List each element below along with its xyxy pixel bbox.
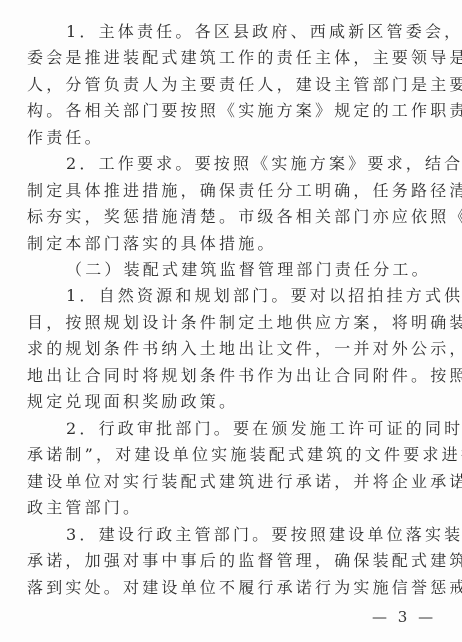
paragraph-1-line-3: 人，分管负责人为主要责任人，建设主管部门是主要协调推进机 [27, 72, 437, 98]
paragraph-3-line-2: 目，按照规划设计条件制定土地供应方案，将明确装配式建筑要 [27, 310, 437, 336]
paragraph-5-line-3: 落到实处。对建设单位不履行承诺行为实施信誉惩戒。 [27, 575, 437, 601]
section-heading: （二）装配式建筑监督管理部门责任分工。 [66, 257, 437, 283]
paragraph-2-line-3: 标夯实，奖惩措施清楚。市级各相关部门亦应依照《实施方案》 [27, 204, 437, 230]
paragraph-5-line-1: 3．建设行政主管部门。要按照建设单位落实装配式建筑的 [66, 522, 437, 548]
paragraph-3-line-1: 1．自然资源和规划部门。要对以招拍挂方式供地的建设项 [66, 283, 437, 309]
paragraph-2-line-2: 制定具体推进措施，确保责任分工明确，任务路径清晰，工作目 [27, 178, 437, 204]
paragraph-1-line-1: 1．主体责任。各区县政府、西咸新区管委会，各开发区管 [66, 19, 437, 45]
paragraph-1-line-2: 委会是推进装配式建筑工作的责任主体，主要领导是第一责任 [27, 45, 437, 71]
paragraph-2-line-4: 制定本部门落实的具体措施。 [27, 231, 437, 257]
paragraph-1-line-4: 构。各相关部门要按照《实施方案》规定的工作职责履行专项工 [27, 98, 437, 124]
paragraph-5-line-2: 承诺，加强对事中事后的监督管理，确保装配式建筑的各项要求 [27, 548, 437, 574]
paragraph-4-line-4: 政主管部门。 [27, 495, 437, 521]
paragraph-3-line-3: 求的规划条件书纳入土地出让文件，一并对外公示，并在签订土 [27, 336, 437, 362]
paragraph-3-line-4: 地出让合同时将规划条件书作为出让合同附件。按照《实施方案》 [27, 363, 437, 389]
paragraph-4-line-1: 2．行政审批部门。要在颁发施工许可证的同时实行“告知 [66, 416, 437, 442]
paragraph-1-line-5: 作责任。 [27, 125, 437, 151]
paragraph-4-line-2: 承诺制”，对建设单位实施装配式建筑的文件要求进行告知，由 [27, 442, 437, 468]
document-page: 1．主体责任。各区县政府、西咸新区管委会，各开发区管 委会是推进装配式建筑工作的… [0, 0, 462, 642]
paragraph-2-line-1: 2．工作要求。要按照《实施方案》要求，结合本地实际， [66, 151, 437, 177]
paragraph-3-line-5: 规定兑现面积奖励政策。 [27, 389, 437, 415]
paragraph-4-line-3: 建设单位对实行装配式建筑进行承诺，并将企业承诺抄送建设行 [27, 469, 437, 495]
page-number: — 3 — [372, 606, 436, 628]
